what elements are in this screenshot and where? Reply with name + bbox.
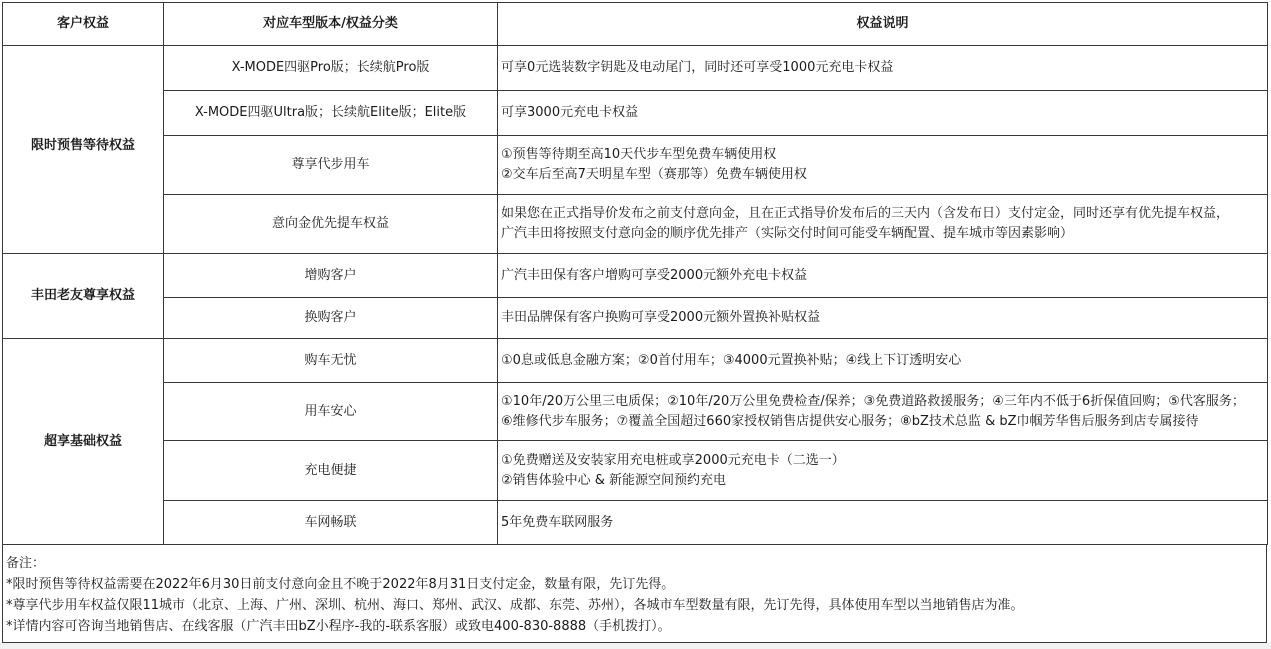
table-row: 限时预售等待权益 X-MODE四驱Pro版；长续航Pro版 可享0元选装数字钥匙… — [3, 46, 1268, 91]
header-description: 权益说明 — [498, 3, 1268, 46]
category-cell: 购车无忧 — [164, 339, 498, 383]
table-row: 丰田老友尊享权益 增购客户 广汽丰田保有客户增购可享受2000元额外充电卡权益 — [3, 254, 1268, 298]
category-cell: X-MODE四驱Pro版；长续航Pro版 — [164, 46, 498, 91]
notes-title: 备注： — [6, 553, 1266, 574]
description-cell: ①免费赠送及安装家用充电桩或享2000元充电卡（二选一） ②销售体验中心 & 新… — [498, 441, 1268, 501]
table-row: X-MODE四驱Ultra版；长续航Elite版；Elite版 可享3000元充… — [3, 91, 1268, 136]
description-line: ①0息或低息金融方案；②0首付用车；③4000元置换补贴；④线上下订透明安心 — [501, 351, 1267, 371]
description-cell: ①0息或低息金融方案；②0首付用车；③4000元置换补贴；④线上下订透明安心 — [498, 339, 1268, 383]
description-cell: ①预售等待期至高10天代步车型免费车辆使用权 ②交车后至高7天明星车型（赛那等）… — [498, 136, 1268, 195]
description-line: ①10年/20万公里三电质保；②10年/20万公里免费检查/保养；③免费道路救援… — [501, 392, 1267, 412]
description-cell: 如果您在正式指导价发布之前支付意向金，且在正式指导价发布后的三天内（含发布日）支… — [498, 195, 1268, 254]
category-cell: 增购客户 — [164, 254, 498, 298]
description-cell: 5年免费车联网服务 — [498, 501, 1268, 545]
description-line: ②交车后至高7天明星车型（赛那等）免费车辆使用权 — [501, 165, 1267, 185]
description-cell: 可享3000元充电卡权益 — [498, 91, 1268, 136]
category-cell: 意向金优先提车权益 — [164, 195, 498, 254]
description-cell: 广汽丰田保有客户增购可享受2000元额外充电卡权益 — [498, 254, 1268, 298]
category-cell: 车网畅联 — [164, 501, 498, 545]
group-cell-presale: 限时预售等待权益 — [3, 46, 164, 254]
table-row: 充电便捷 ①免费赠送及安装家用充电桩或享2000元充电卡（二选一） ②销售体验中… — [3, 441, 1268, 501]
description-line: 5年免费车联网服务 — [501, 513, 1267, 533]
category-cell: 用车安心 — [164, 383, 498, 441]
note-line: *详情内容可咨询当地销售店、在线客服（广汽丰田bZ小程序-我的-联系客服）或致电… — [6, 616, 1266, 637]
group-label: 限时预售等待权益 — [3, 136, 163, 156]
description-line: 丰田品牌保有客户换购可享受2000元额外置换补贴权益 — [501, 308, 1267, 328]
bottom-margin — [0, 643, 1271, 649]
table-row: 换购客户 丰田品牌保有客户换购可享受2000元额外置换补贴权益 — [3, 298, 1268, 339]
benefits-sheet: 客户权益 对应车型版本/权益分类 权益说明 限时预售等待权益 X-MODE四驱P… — [2, 2, 1267, 643]
description-cell: ①10年/20万公里三电质保；②10年/20万公里免费检查/保养；③免费道路救援… — [498, 383, 1268, 441]
category-cell: X-MODE四驱Ultra版；长续航Elite版；Elite版 — [164, 91, 498, 136]
description-line: ①预售等待期至高10天代步车型免费车辆使用权 — [501, 145, 1267, 165]
description-line: 可享0元选装数字钥匙及电动尾门，同时还可享受1000元充电卡权益 — [501, 58, 1267, 78]
group-cell-loyalty: 丰田老友尊享权益 — [3, 254, 164, 339]
note-line: *限时预售等待权益需要在2022年6月30日前支付意向金且不晚于2022年8月3… — [6, 574, 1266, 595]
table-row: 用车安心 ①10年/20万公里三电质保；②10年/20万公里免费检查/保养；③免… — [3, 383, 1268, 441]
description-line: ②销售体验中心 & 新能源空间预约充电 — [501, 471, 1267, 491]
benefits-table: 客户权益 对应车型版本/权益分类 权益说明 限时预售等待权益 X-MODE四驱P… — [2, 2, 1268, 545]
notes-section: 备注： *限时预售等待权益需要在2022年6月30日前支付意向金且不晚于2022… — [2, 545, 1267, 643]
table-row: 意向金优先提车权益 如果您在正式指导价发布之前支付意向金，且在正式指导价发布后的… — [3, 195, 1268, 254]
category-cell: 充电便捷 — [164, 441, 498, 501]
table-row: 超享基础权益 购车无忧 ①0息或低息金融方案；②0首付用车；③4000元置换补贴… — [3, 339, 1268, 383]
description-line: 如果您在正式指导价发布之前支付意向金，且在正式指导价发布后的三天内（含发布日）支… — [501, 204, 1267, 224]
table-row: 车网畅联 5年免费车联网服务 — [3, 501, 1268, 545]
description-line: ⑥维修代步车服务；⑦覆盖全国超过660家授权销售店提供安心服务；⑧bZ技术总监 … — [501, 412, 1267, 432]
description-line: 广汽丰田将按照支付意向金的顺序优先排产（实际交付时间可能受车辆配置、提车城市等因… — [501, 224, 1267, 244]
header-customer-benefit: 客户权益 — [3, 3, 164, 46]
description-cell: 丰田品牌保有客户换购可享受2000元额外置换补贴权益 — [498, 298, 1268, 339]
description-line: 广汽丰田保有客户增购可享受2000元额外充电卡权益 — [501, 266, 1267, 286]
category-cell: 尊享代步用车 — [164, 136, 498, 195]
description-line: ①免费赠送及安装家用充电桩或享2000元充电卡（二选一） — [501, 451, 1267, 471]
table-row: 尊享代步用车 ①预售等待期至高10天代步车型免费车辆使用权 ②交车后至高7天明星… — [3, 136, 1268, 195]
category-cell: 换购客户 — [164, 298, 498, 339]
header-model-category: 对应车型版本/权益分类 — [164, 3, 498, 46]
group-cell-basic: 超享基础权益 — [3, 339, 164, 545]
note-line: *尊享代步用车权益仅限11城市（北京、上海、广州、深圳、杭州、海口、郑州、武汉、… — [6, 595, 1266, 616]
description-line: 可享3000元充电卡权益 — [501, 103, 1267, 123]
group-label: 超享基础权益 — [3, 432, 163, 452]
header-row: 客户权益 对应车型版本/权益分类 权益说明 — [3, 3, 1268, 46]
description-cell: 可享0元选装数字钥匙及电动尾门，同时还可享受1000元充电卡权益 — [498, 46, 1268, 91]
group-label: 丰田老友尊享权益 — [3, 286, 163, 306]
